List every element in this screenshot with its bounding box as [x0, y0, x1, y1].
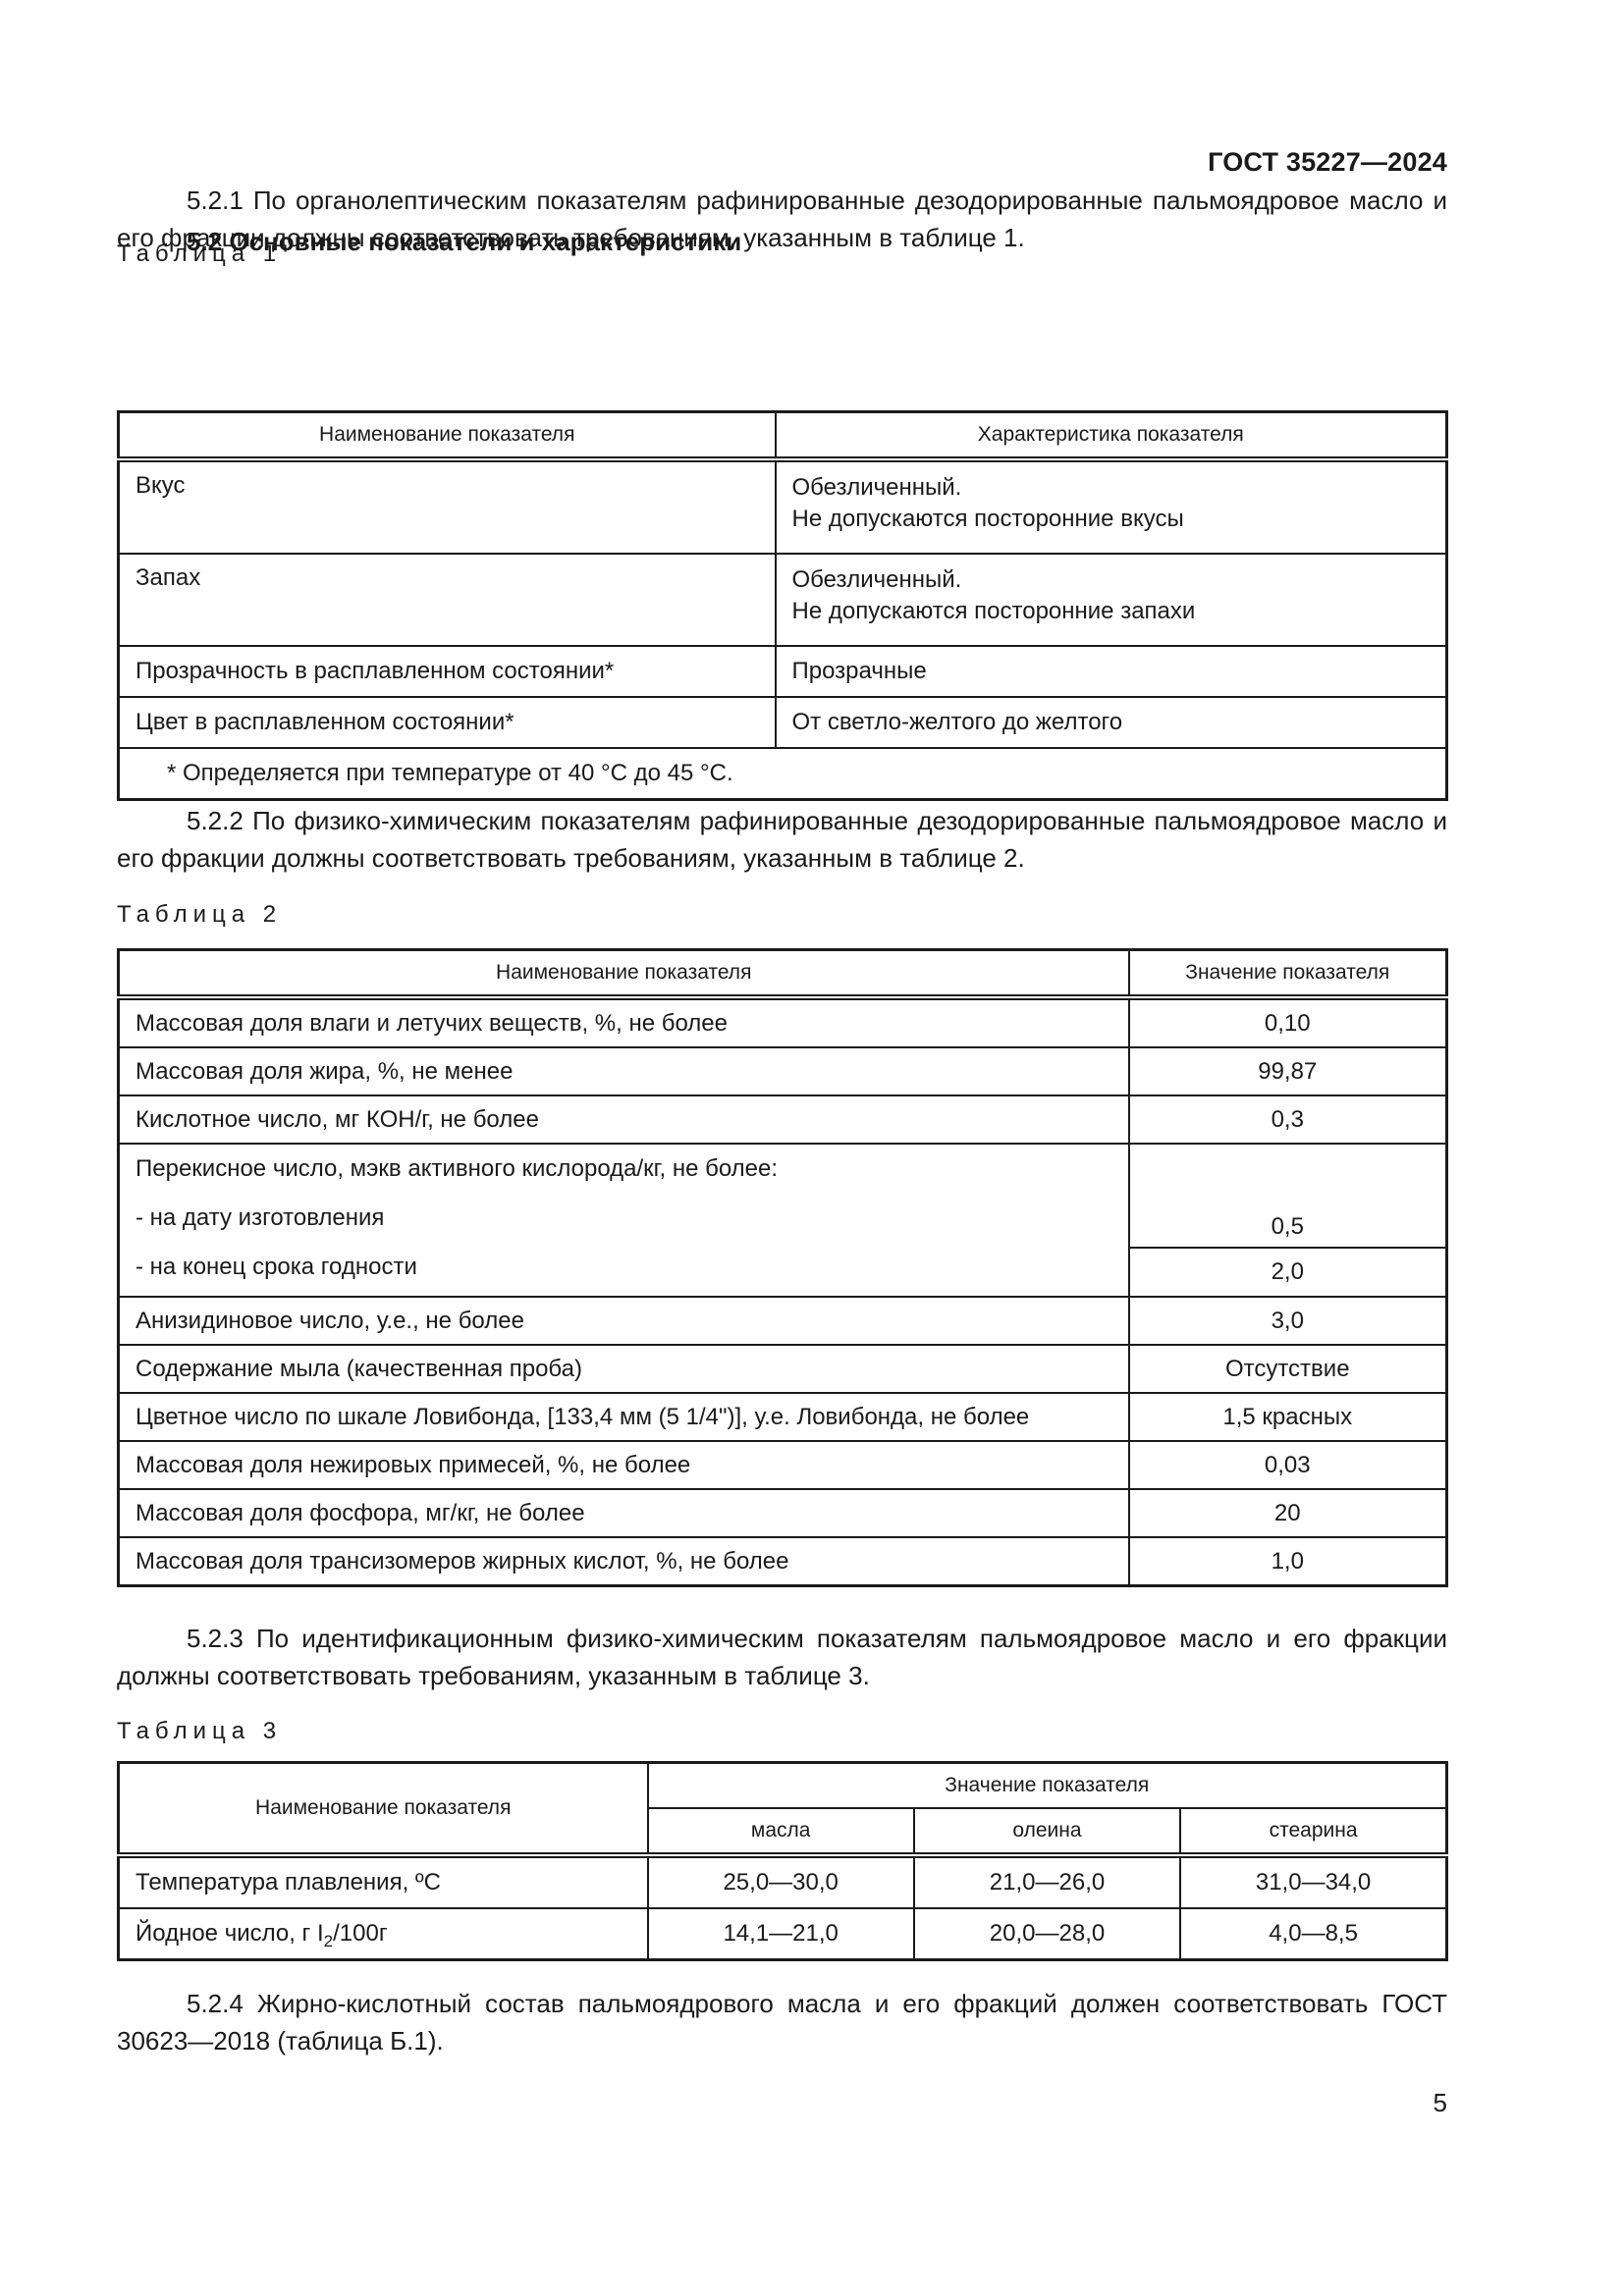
table-row: Массовая доля влаги и летучих веществ, %…	[119, 997, 1447, 1047]
table-cell-value: Отсутствие	[1129, 1345, 1447, 1393]
table-1-footnote: * Определяется при температуре от 40 °С …	[119, 748, 1447, 800]
table-row: Анизидиновое число, у.е., не более 3,0	[119, 1297, 1447, 1345]
table-cell-name: Йодное число, г I2/100г	[119, 1908, 648, 1960]
table-cell-value: 1,5 красных	[1129, 1393, 1447, 1441]
table-row: Цветное число по шкале Ловибонда, [133,4…	[119, 1393, 1447, 1441]
paragraph-5-2-4: 5.2.4 Жирно-кислотный состав пальмоядров…	[117, 1985, 1447, 2059]
table-row: Массовая доля нежировых примесей, %, не …	[119, 1441, 1447, 1489]
table-row: Кислотное число, мг КОН/г, не более 0,3	[119, 1095, 1447, 1144]
table-footnote-row: * Определяется при температуре от 40 °С …	[119, 748, 1447, 800]
table-row: Цвет в расплавленном состоянии* От светл…	[119, 697, 1447, 748]
table-cell-name: Прозрачность в расплавленном состоянии*	[119, 646, 776, 697]
table-row: Содержание мыла (качественная проба) Отс…	[119, 1345, 1447, 1393]
table-cell-value: 31,0—34,0	[1180, 1855, 1446, 1908]
table-1-label: Таблица 1	[117, 240, 282, 268]
table-cell-value: 0,10	[1129, 997, 1447, 1047]
table-cell-name: Массовая доля влаги и летучих веществ, %…	[119, 997, 1129, 1047]
table-3-subheader-olein: олеина	[914, 1808, 1180, 1855]
table-row: Запах Обезличенный. Не допускаются посто…	[119, 554, 1447, 646]
table-2: Наименование показателя Значение показат…	[117, 948, 1448, 1587]
table-row: Вкус Обезличенный. Не допускаются постор…	[119, 459, 1447, 554]
table-cell-value: 2,0	[1129, 1248, 1447, 1297]
table-cell-name: Температура плавления, ºС	[119, 1855, 648, 1908]
table-cell-value: Обезличенный. Не допускаются посторонние…	[776, 554, 1447, 646]
table-3-subheader-oil: масла	[648, 1808, 914, 1855]
paragraph-text: 5.2.2 По физико-химическим показателям р…	[117, 806, 1447, 873]
table-cell-name: Цветное число по шкале Ловибонда, [133,4…	[119, 1393, 1129, 1441]
table-cell-name: Массовая доля фосфора, мг/кг, не более	[119, 1489, 1129, 1537]
table-cell-value: 20	[1129, 1489, 1447, 1537]
table-1: Наименование показателя Характеристика п…	[117, 410, 1448, 801]
table-cell-value: 0,3	[1129, 1095, 1447, 1144]
table-3-label: Таблица 3	[117, 1718, 282, 1745]
table-cell-value: 0,5	[1129, 1144, 1447, 1248]
table-cell-value: Обезличенный. Не допускаются посторонние…	[776, 459, 1447, 554]
table-2-label: Таблица 2	[117, 901, 282, 929]
table-1-header-characteristic: Характеристика показателя	[776, 412, 1447, 460]
paragraph-5-2-3: 5.2.3 По идентификационным физико-химиче…	[117, 1620, 1447, 1694]
table-cell-name: Цвет в расплавленном состоянии*	[119, 697, 776, 748]
table-cell-name: Массовая доля трансизомеров жирных кисло…	[119, 1537, 1129, 1586]
table-cell-name: Анизидиновое число, у.е., не более	[119, 1297, 1129, 1345]
table-row: Массовая доля трансизомеров жирных кисло…	[119, 1537, 1447, 1586]
paragraph-text: 5.2.4 Жирно-кислотный состав пальмоядров…	[117, 1989, 1447, 2056]
table-2-header-name: Наименование показателя	[119, 950, 1129, 998]
table-row: Массовая доля фосфора, мг/кг, не более 2…	[119, 1489, 1447, 1537]
table-cell-value: От светло-желтого до желтого	[776, 697, 1447, 748]
table-cell-value: 14,1—21,0	[648, 1908, 914, 1960]
table-cell-value: 1,0	[1129, 1537, 1447, 1586]
paragraph-text: 5.2.3 По идентификационным физико-химиче…	[117, 1624, 1447, 1690]
table-cell-name: Массовая доля жира, %, не менее	[119, 1047, 1129, 1095]
document-id-header: ГОСТ 35227—2024	[1208, 147, 1447, 178]
table-cell-value: Прозрачные	[776, 646, 1447, 697]
table-cell-value: 25,0—30,0	[648, 1855, 914, 1908]
paragraph-text: 5.2.1 По органолептическим показателям р…	[117, 186, 1447, 252]
table-3: Наименование показателя Значение показат…	[117, 1761, 1448, 1961]
table-row: Йодное число, г I2/100г 14,1—21,0 20,0—2…	[119, 1908, 1447, 1960]
table-3-subheader-stearin: стеарина	[1180, 1808, 1446, 1855]
table-cell-value: 3,0	[1129, 1297, 1447, 1345]
table-cell-name: Кислотное число, мг КОН/г, не более	[119, 1095, 1129, 1144]
table-cell-value: 21,0—26,0	[914, 1855, 1180, 1908]
table-row-peroxide: Перекисное число, мэкв активного кислоро…	[119, 1144, 1447, 1248]
table-row: Температура плавления, ºС 25,0—30,0 21,0…	[119, 1855, 1447, 1908]
table-row: Массовая доля жира, %, не менее 99,87	[119, 1047, 1447, 1095]
table-3-header-group: Значение показателя	[648, 1763, 1447, 1809]
paragraph-5-2-1: 5.2.1 По органолептическим показателям р…	[117, 182, 1447, 256]
table-cell-value: 20,0—28,0	[914, 1908, 1180, 1960]
table-cell-name: Содержание мыла (качественная проба)	[119, 1345, 1129, 1393]
paragraph-5-2-2: 5.2.2 По физико-химическим показателям р…	[117, 802, 1447, 877]
table-cell-value: 4,0—8,5	[1180, 1908, 1446, 1960]
table-1-header-name: Наименование показателя	[119, 412, 776, 460]
table-cell-name: Запах	[119, 554, 776, 646]
table-cell-name: Вкус	[119, 459, 776, 554]
table-cell-name: Перекисное число, мэкв активного кислоро…	[119, 1144, 1129, 1297]
table-cell-value: 0,03	[1129, 1441, 1447, 1489]
table-3-header-name: Наименование показателя	[119, 1763, 648, 1856]
table-cell-value: 99,87	[1129, 1047, 1447, 1095]
table-2-header-value: Значение показателя	[1129, 950, 1447, 998]
table-cell-name: Массовая доля нежировых примесей, %, не …	[119, 1441, 1129, 1489]
page-number: 5	[1434, 2088, 1447, 2118]
table-row: Прозрачность в расплавленном состоянии* …	[119, 646, 1447, 697]
